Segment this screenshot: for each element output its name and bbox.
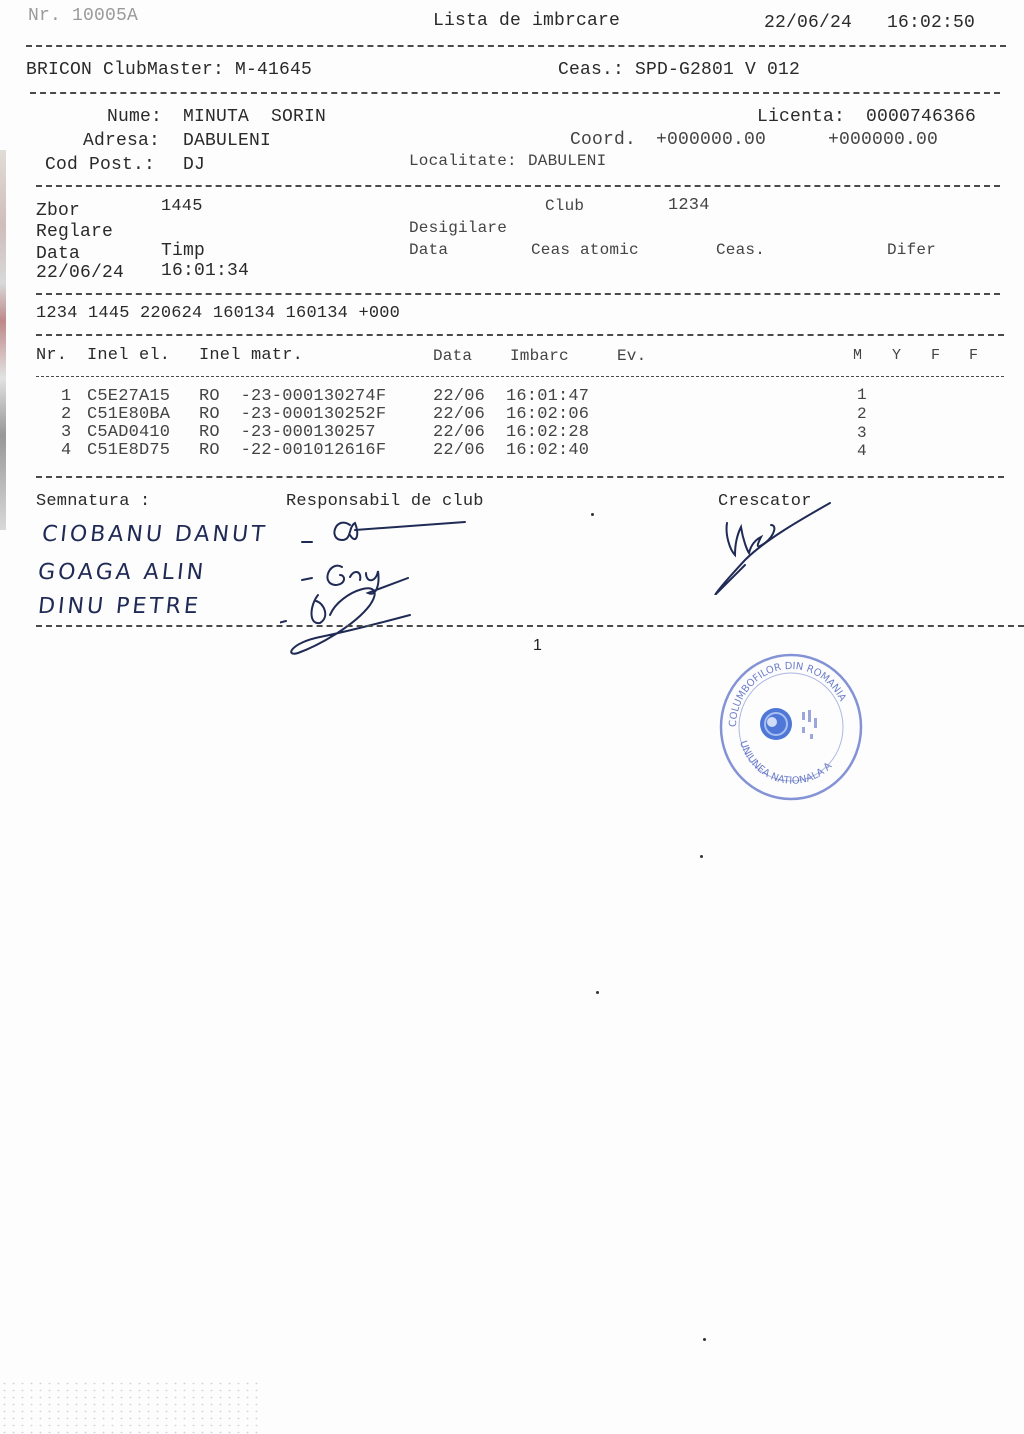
col-m: M <box>853 346 862 366</box>
handwritten-name: GOAGA ALIN <box>37 560 208 585</box>
scan-edge-shadow <box>0 150 6 530</box>
divider <box>36 376 1004 377</box>
print-time: 16:02:50 <box>887 13 975 33</box>
flight-code-line: 1234 1445 220624 160134 160134 +000 <box>36 304 400 324</box>
speck <box>591 513 594 516</box>
row-time: 16:02:40 <box>506 441 589 461</box>
flight-number: 1445 <box>161 197 203 217</box>
setting-label: Reglare <box>36 222 113 242</box>
difference-label: Difer <box>887 240 936 260</box>
clock-id: Ceas.: SPD-G2801 V 012 <box>558 60 800 80</box>
divider <box>36 476 1004 478</box>
document-title: Lista de imbrcare <box>433 11 620 31</box>
club-stamp-icon: COLUMBOFILOR DIN ROMANIA UNIUNEA NATIONA… <box>718 652 864 802</box>
row-ring: RO -22-001012616F <box>199 441 386 461</box>
row-m: 2 <box>857 404 867 424</box>
row-date: 22/06 <box>433 405 485 425</box>
row-electronic-ring: C51E8D75 <box>87 441 170 461</box>
row-m: 1 <box>857 385 867 405</box>
divider <box>36 185 1000 187</box>
col-date: Data <box>433 346 472 366</box>
club-responsible-signatures <box>280 505 480 665</box>
col-f1: F <box>931 346 940 366</box>
flight-label: Zbor <box>36 201 80 221</box>
col-basketing: Imbarc <box>510 346 569 366</box>
row-time: 16:01:47 <box>506 387 589 407</box>
setting-time-label: Timp <box>161 241 205 261</box>
row-nr: 4 <box>61 441 71 461</box>
fancier-locality: DABULENI <box>528 151 606 171</box>
divider <box>36 625 1024 627</box>
row-nr: 1 <box>61 387 71 407</box>
setting-date-label: Data <box>36 244 80 264</box>
stamp-text-bottom: UNIUNEA NATIONALA A <box>737 739 834 787</box>
atomic-clock-label: Ceas atomic <box>531 240 639 260</box>
col-y: Y <box>892 346 901 366</box>
fancier-license: 0000746366 <box>866 107 976 127</box>
row-electronic-ring: C5E27A15 <box>87 387 170 407</box>
club-label: Club <box>545 196 584 216</box>
row-ring: RO -23-000130274F <box>199 387 386 407</box>
scanned-document: Nr. 10005A Lista de imbrcare 22/06/24 16… <box>0 0 1024 1434</box>
handwritten-name: CIOBANU DANUT <box>41 522 269 547</box>
address-label: Adresa: <box>83 131 160 151</box>
row-date: 22/06 <box>433 423 485 443</box>
clock-label: Ceas. <box>716 240 765 260</box>
row-electronic-ring: C5AD0410 <box>87 423 170 443</box>
speck <box>596 991 599 994</box>
scan-noise <box>0 1380 260 1434</box>
unseal-label: Desigilare <box>409 218 507 238</box>
row-ring: RO -23-000130252F <box>199 405 386 425</box>
row-electronic-ring: C51E80BA <box>87 405 170 425</box>
row-m: 4 <box>857 441 867 461</box>
breeder-signature <box>705 495 845 595</box>
club-number: 1234 <box>668 196 710 216</box>
col-ev: Ev. <box>617 346 646 366</box>
license-label: Licenta: <box>757 107 845 127</box>
col-nr: Nr. <box>36 346 67 366</box>
unseal-date-label: Data <box>409 240 448 260</box>
svg-text:UNIUNEA NATIONALA A: UNIUNEA NATIONALA A <box>737 739 834 787</box>
row-time: 16:02:28 <box>506 423 589 443</box>
row-nr: 2 <box>61 405 71 425</box>
print-date: 22/06/24 <box>764 13 852 33</box>
setting-date: 22/06/24 <box>36 263 124 283</box>
fancier-name: MINUTA SORIN <box>183 107 326 127</box>
row-m: 3 <box>857 423 867 443</box>
row-date: 22/06 <box>433 441 485 461</box>
row-date: 22/06 <box>433 387 485 407</box>
row-time: 16:02:06 <box>506 405 589 425</box>
fancier-address: DABULENI <box>183 131 271 151</box>
header-fragment: Nr. 10005A <box>28 6 138 26</box>
coord-y: +000000.00 <box>828 130 938 150</box>
page-number: 1 <box>533 637 542 655</box>
speck <box>700 855 703 858</box>
col-f2: F <box>969 346 978 366</box>
coord-x: +000000.00 <box>656 130 766 150</box>
locality-label: Localitate: <box>409 151 517 171</box>
setting-time: 16:01:34 <box>161 261 249 281</box>
signature-label: Semnatura : <box>36 492 150 512</box>
col-ring: Inel matr. <box>199 346 303 366</box>
divider <box>30 92 1000 94</box>
coord-label: Coord. <box>570 130 636 150</box>
divider <box>36 334 1004 336</box>
postal-label: Cod Post.: <box>45 155 155 175</box>
col-electronic-ring: Inel el. <box>87 346 170 366</box>
clubmaster-id: BRICON ClubMaster: M-41645 <box>26 60 312 80</box>
handwritten-name: DINU PETRE <box>37 594 202 619</box>
row-nr: 3 <box>61 423 71 443</box>
divider <box>26 45 1006 47</box>
fancier-postal: DJ <box>183 155 205 175</box>
row-ring: RO -23-000130257 <box>199 423 386 443</box>
name-label: Nume: <box>107 107 162 127</box>
speck <box>703 1338 706 1341</box>
divider <box>36 293 1000 295</box>
